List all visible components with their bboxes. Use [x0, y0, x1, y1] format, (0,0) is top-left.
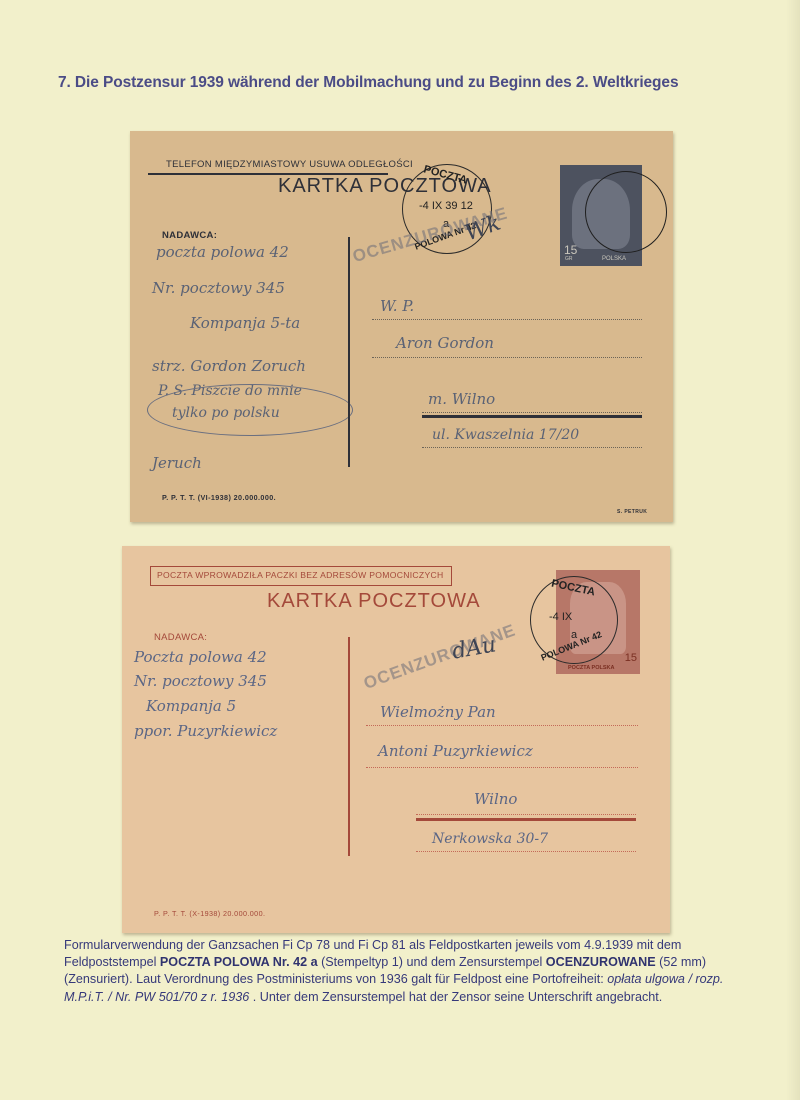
card2-recipient-line: Nerkowska 30-7: [432, 831, 548, 847]
postmark-top: POCZTA: [550, 578, 596, 599]
card1-sender-line: strz. Gordon Zoruch: [152, 357, 306, 375]
caption-description: Formularverwendung der Ganzsachen Fi Cp …: [64, 937, 734, 1006]
postmark-poczta-polowa: POCZTA -4 IX a POLOWA Nr 42: [530, 576, 618, 664]
card2-recipient-line: Antoni Puzyrkiewicz: [378, 742, 533, 760]
city-underline: [416, 818, 636, 821]
address-line: [372, 319, 642, 320]
stamp-country: POLSKA: [602, 256, 626, 262]
stamp-value: 15: [625, 652, 637, 664]
card1-recipient-line: m. Wilno: [428, 390, 495, 408]
city-underline: [422, 415, 642, 418]
page-edge: [786, 0, 800, 1100]
postcard-fi-cp-81: POCZTA WPROWADZIŁA PACZKI BEZ ADRESÓW PO…: [122, 546, 670, 933]
address-line: [372, 357, 642, 358]
address-line: [366, 725, 638, 726]
caption-censor-name: OCENZUROWANE: [546, 955, 656, 969]
address-line: [416, 851, 636, 852]
postcard-fi-cp-78: TELEFON MIĘDZYMIASTOWY USUWA ODLEGŁOŚCI …: [130, 131, 673, 522]
card2-title: KARTKA POCZTOWA: [267, 590, 481, 613]
card2-sender-label: NADAWCA:: [154, 632, 207, 643]
card1-slogan: TELEFON MIĘDZYMIASTOWY USUWA ODLEGŁOŚCI: [166, 159, 413, 170]
ps-circle: [147, 384, 353, 436]
card2-sender-line: Kompanja 5: [146, 697, 236, 715]
page-heading: 7. Die Postzensur 1939 während der Mobil…: [58, 74, 678, 92]
address-line: [422, 447, 642, 448]
censor-signature: dAu: [450, 632, 498, 664]
card1-signature: Jeruch: [152, 454, 202, 472]
caption-postmark-name: POCZTA POLOWA Nr. 42 a: [160, 955, 318, 969]
card2-sender-line: ppor. Puzyrkiewicz: [134, 722, 277, 740]
card1-printer-imprint: P. P. T. T. (VI-1938) 20.000.000.: [162, 493, 276, 502]
card1-recipient-line: ul. Kwaszelnia 17/20: [432, 427, 579, 443]
card2-slogan: POCZTA WPROWADZIŁA PACZKI BEZ ADRESÓW PO…: [157, 570, 444, 580]
address-line: [422, 412, 642, 413]
address-line: [416, 814, 636, 815]
card1-divider: [348, 237, 350, 467]
stamp-unit: GR: [565, 256, 573, 262]
engraver-imprint: S. PETRUK: [617, 509, 647, 515]
stamp-country: POCZTA POLSKA: [568, 665, 614, 671]
card2-recipient-line: Wilno: [474, 790, 517, 808]
postmark-top: POCZTA: [422, 163, 468, 186]
caption-text: . Unter dem Zensurstempel hat der Zensor…: [249, 990, 662, 1004]
card1-sender-line: Kompanja 5-ta: [190, 314, 300, 332]
card1-recipient-line: Aron Gordon: [396, 334, 494, 352]
card1-recipient-line: W. P.: [380, 297, 414, 315]
postmark-date: -4 IX: [549, 611, 572, 623]
card2-divider: [348, 637, 350, 856]
address-line: [366, 767, 638, 768]
slogan-box: POCZTA WPROWADZIŁA PACZKI BEZ ADRESÓW PO…: [150, 566, 452, 586]
card2-printer-imprint: P. P. T. T. (X-1938) 20.000.000.: [154, 909, 265, 918]
stamp-value: 15: [564, 243, 577, 257]
card2-recipient-line: Wielmożny Pan: [380, 703, 496, 721]
card2-sender-line: Poczta polowa 42: [134, 648, 267, 666]
caption-text: (Stempeltyp 1) und dem Zensurstempel: [318, 955, 546, 969]
card1-sender-line: poczta polowa 42: [156, 243, 289, 261]
card2-sender-line: Nr. pocztowy 345: [134, 672, 267, 690]
postmark-date: -4 IX 39 12: [419, 200, 473, 212]
postmark-on-stamp: [585, 171, 667, 253]
card1-sender-label: NADAWCA:: [162, 230, 217, 241]
card1-sender-line: Nr. pocztowy 345: [152, 279, 285, 297]
